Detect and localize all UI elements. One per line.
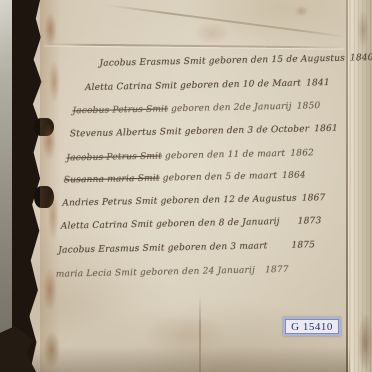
- register-entry: maria Lecia Smitgeboren den 24 Januarij1…: [56, 265, 289, 280]
- entry-name: Stevenus Albertus Smit: [70, 127, 182, 139]
- entry-born-text: geboren den 2de Januarij: [171, 102, 292, 115]
- register-entry: Jacobus Erasmus Smitgeboren den 3 maart1…: [58, 240, 315, 255]
- entry-year: 1867: [302, 193, 326, 203]
- entry-name: maria Lecia Smit: [56, 268, 137, 280]
- entry-name: Jacobus Erasmus Smit: [58, 243, 165, 255]
- register-entry: Susanna maria Smitgeboren den 5 de maart…: [64, 170, 306, 185]
- entry-born-text: geboren den 3 de October: [185, 124, 310, 137]
- register-page-photo: Jacobus Erasmus Smitgeboren den 15 de Au…: [0, 0, 372, 372]
- entry-year: 1850: [297, 101, 321, 111]
- entry-name: Jacobus Petrus Smit: [66, 151, 162, 163]
- register-entry: Jacobus Erasmus Smitgeboren den 15 de Au…: [99, 53, 372, 69]
- register-entry: Jacobus Petrus Smitgeboren den 11 de maa…: [66, 148, 314, 163]
- entry-name: Andries Petrus Smit: [62, 197, 157, 209]
- entry-name: Jacobus Petrus Smit: [72, 104, 168, 116]
- entry-year: 1873: [298, 216, 322, 226]
- entry-year: 1877: [265, 265, 289, 275]
- entry-born-text: geboren den 10 de Maart: [180, 79, 301, 92]
- entry-year: 1840: [350, 53, 372, 63]
- entry-name: Aletta Catrina Smit: [85, 81, 177, 93]
- register-entry: Jacobus Petrus Smitgeboren den 2de Janua…: [72, 101, 320, 116]
- register-entry: Aletta Catrina Smitgeboren den 8 de Janu…: [61, 216, 322, 231]
- register-entry: Andries Petrus Smitgeboren den 12 de Aug…: [62, 193, 325, 209]
- entry-born-text: geboren den 8 de Januarij: [156, 217, 280, 230]
- entry-born-text: geboren den 5 de maart: [163, 171, 278, 183]
- register-entry: Stevenus Albertus Smitgeboren den 3 de O…: [70, 124, 338, 140]
- entry-born-text: geboren den 11 de maart: [165, 149, 286, 162]
- entry-year: 1875: [291, 240, 315, 250]
- entry-year: 1862: [290, 148, 314, 158]
- entry-born-text: geboren den 3 maart: [168, 241, 268, 253]
- entry-year: 1841: [306, 78, 330, 88]
- archive-number-label: G 15410: [283, 317, 341, 336]
- entry-year: 1861: [314, 124, 338, 134]
- entry-year: 1864: [282, 170, 306, 180]
- entry-name: Susanna maria Smit: [64, 174, 160, 186]
- entry-name: Jacobus Erasmus Smit: [99, 57, 206, 69]
- register-entry: Aletta Catrina Smitgeboren den 10 de Maa…: [85, 78, 330, 93]
- entry-born-text: geboren den 12 de Augustus: [160, 194, 296, 207]
- entry-born-text: geboren den 15 de Augustus: [209, 54, 345, 67]
- entry-born-text: geboren den 24 Januarij: [140, 266, 255, 278]
- entry-name: Aletta Catrina Smit: [61, 220, 153, 232]
